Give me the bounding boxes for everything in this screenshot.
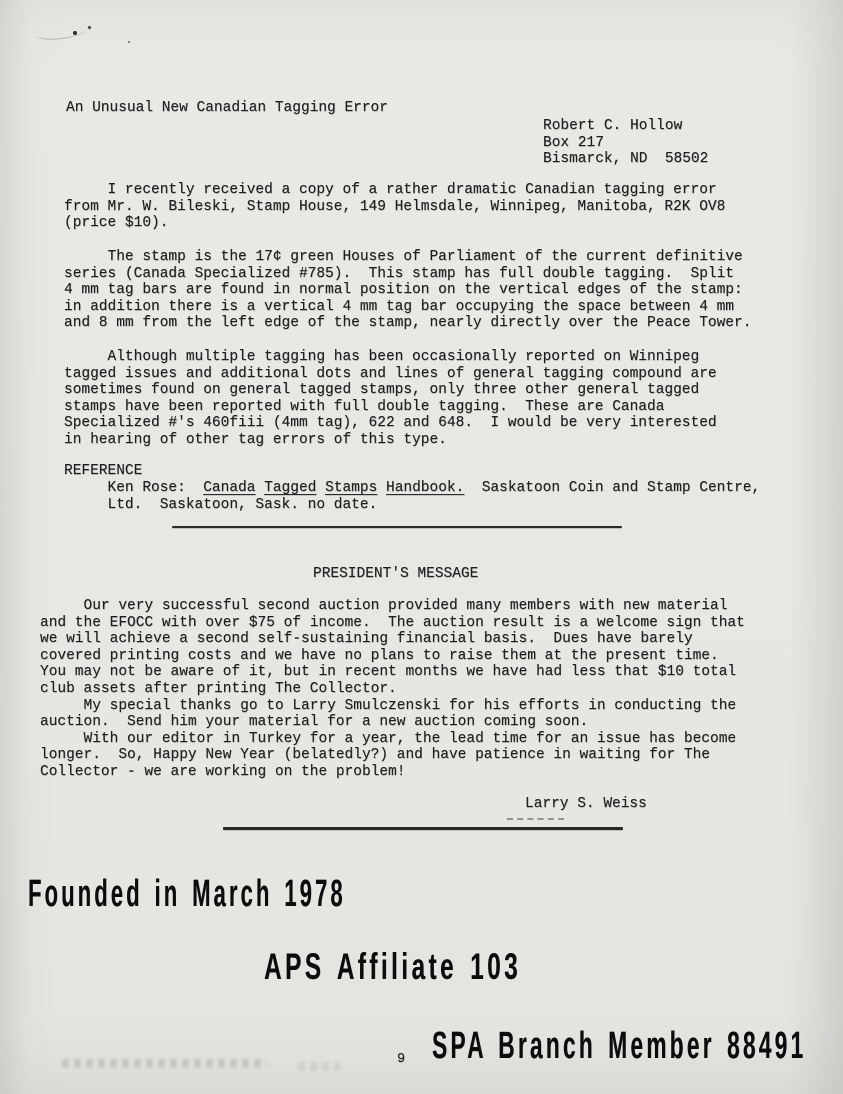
reference-citation: Ken Rose: Canada Tagged Stamps Handbook.… [64, 480, 760, 513]
citation-prefix: Ken Rose: [64, 480, 203, 496]
presidents-message-heading: PRESIDENT'S MESSAGE [313, 566, 478, 583]
article-paragraph: I recently received a copy of a rather d… [64, 182, 725, 232]
signature: Larry S. Weiss [525, 796, 647, 813]
author-block: Robert C. Hollow Box 217 Bismarck, ND 58… [543, 118, 708, 168]
presidents-message-body: Our very successful second auction provi… [40, 598, 745, 781]
article-paragraph: The stamp is the 17¢ green Houses of Par… [64, 249, 751, 332]
book-title-word: Handbook. [386, 480, 464, 496]
author-address-line1: Box 217 [543, 135, 604, 151]
citation-line2: Ltd. Saskatoon, Sask. no date. [64, 497, 377, 513]
article-title: An Unusual New Canadian Tagging Error [66, 100, 388, 117]
author-address-line2: Bismarck, ND 58502 [543, 151, 708, 167]
smudge-dot [128, 41, 130, 43]
message-paragraph: Our very successful second auction provi… [40, 598, 745, 698]
page-number: 9 [397, 1052, 405, 1069]
aps-affiliate-stamp: APS Affiliate 103 [264, 946, 521, 988]
smudge-dot [87, 25, 91, 29]
book-title-word: Canada [203, 480, 255, 496]
showthrough-smudge [62, 1059, 267, 1068]
author-name: Robert C. Hollow [543, 118, 682, 134]
smudge-dot [73, 31, 77, 35]
signature-dash-mark [507, 818, 564, 820]
section-divider-top [172, 526, 622, 528]
book-title-word: Stamps [325, 480, 377, 496]
spa-branch-stamp: SPA Branch Member 88491 [432, 1025, 806, 1068]
message-paragraph: My special thanks go to Larry Smulczensk… [40, 698, 745, 731]
article-paragraph: Although multiple tagging has been occas… [64, 349, 717, 449]
reference-heading: REFERENCE [64, 463, 142, 480]
message-paragraph: With our editor in Turkey for a year, th… [40, 731, 745, 781]
founded-stamp: Founded in March 1978 [28, 873, 346, 916]
citation-suffix: Saskatoon Coin and Stamp Centre, [464, 480, 760, 496]
book-title-word: Tagged [264, 480, 316, 496]
scanned-newsletter-page: An Unusual New Canadian Tagging Error Ro… [0, 0, 843, 1094]
section-divider-bottom [223, 827, 623, 830]
showthrough-smudge [298, 1062, 340, 1071]
smudge-arc [35, 23, 86, 42]
